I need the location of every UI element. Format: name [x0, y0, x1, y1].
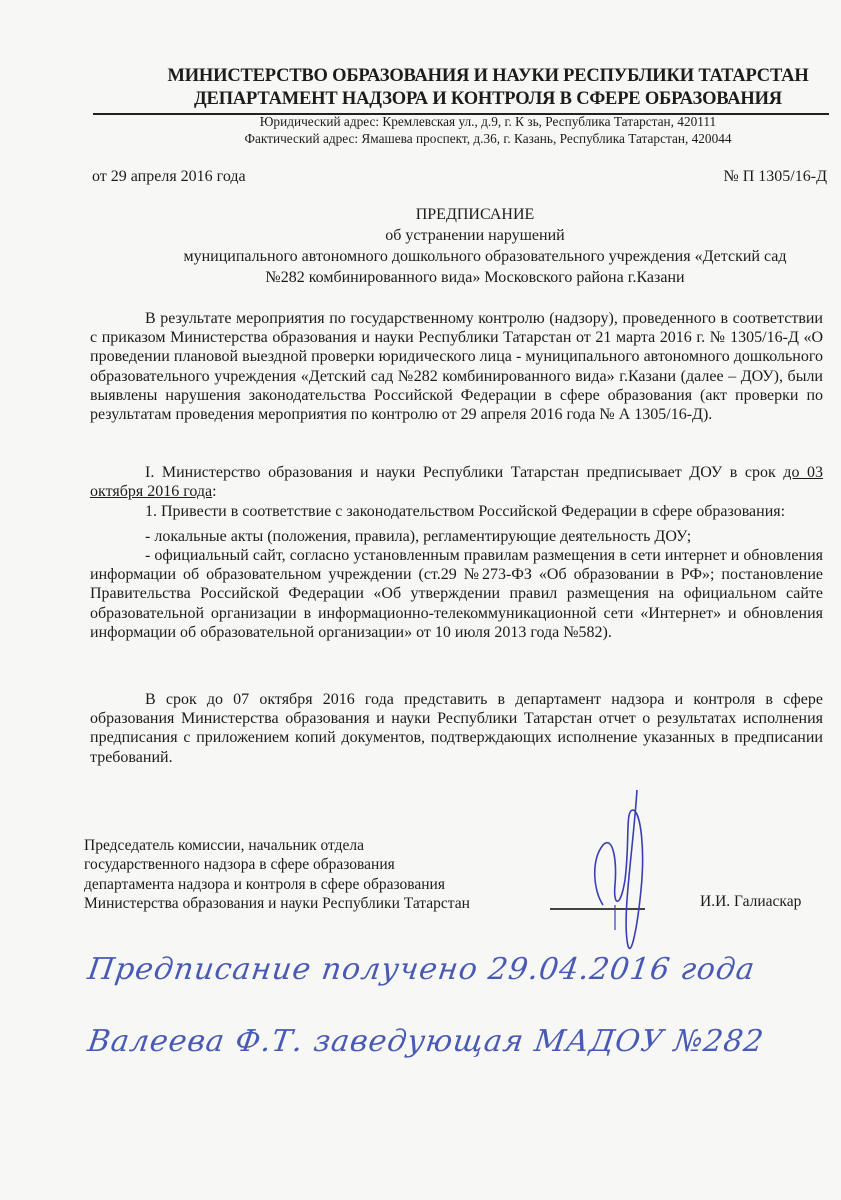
signer-name: И.И. Галиаскар	[700, 893, 801, 911]
ministry-heading: МИНИСТЕРСТВО ОБРАЗОВАНИЯ И НАУКИ РЕСПУБЛ…	[148, 66, 828, 87]
handwritten-receipt-note: Предписание получено 29.04.2016 года	[86, 952, 758, 987]
position-line: Председатель комиссии, начальник отдела	[84, 836, 470, 855]
position-line: департамента надзора и контроля в сфере …	[84, 875, 470, 894]
department-heading: ДЕПАРТАМЕНТ НАДЗОРА И КОНТРОЛЯ В СФЕРЕ О…	[148, 89, 828, 110]
document-page: МИНИСТЕРСТВО ОБРАЗОВАНИЯ И НАУКИ РЕСПУБЛ…	[0, 0, 841, 1200]
document-title: ПРЕДПИСАНИЕ	[120, 206, 830, 224]
document-number: № П 1305/16-Д	[723, 168, 827, 186]
paragraph-text: В срок до 07 октября 2016 года представи…	[90, 691, 823, 766]
document-date: от 29 апреля 2016 года	[92, 168, 246, 186]
paragraph-text: I. Министерство образования и науки Респ…	[145, 464, 783, 481]
signatory-position: Председатель комиссии, начальник отдела …	[84, 836, 470, 913]
paragraph-local-acts: - локальные акты (положения, правила), р…	[90, 527, 823, 546]
legal-address: Юридический адрес: Кремлевская ул., д.9,…	[148, 114, 828, 130]
title-subline-1: об устранении нарушений	[120, 227, 830, 245]
paragraph-text: - локальные акты (положения, правила), р…	[145, 528, 691, 545]
paragraph-text: 1. Привести в соответствие с законодател…	[145, 503, 785, 520]
paragraph-text: - официальный сайт, согласно установленн…	[90, 547, 823, 641]
paragraph-item-1: 1. Привести в соответствие с законодател…	[90, 502, 823, 521]
position-line: Министерства образования и науки Республ…	[84, 894, 470, 913]
paragraph-end: :	[212, 483, 216, 500]
paragraph-text: В результате мероприятия по государствен…	[90, 310, 823, 423]
handwritten-recipient-signature: Валеева Ф.Т. заведующая МАДОУ №282	[86, 1024, 767, 1059]
title-subline-2: муниципального автономного дошкольного о…	[140, 248, 830, 266]
actual-address: Фактический адрес: Ямашева проспект, д.3…	[148, 131, 828, 147]
paragraph-order: I. Министерство образования и науки Респ…	[90, 463, 823, 501]
position-line: государственного надзора в сфере образов…	[84, 855, 470, 874]
signature-scribble-icon	[575, 790, 655, 965]
paragraph-findings: В результате мероприятия по государствен…	[90, 309, 823, 424]
paragraph-report-deadline: В срок до 07 октября 2016 года представи…	[90, 690, 823, 767]
paragraph-website: - официальный сайт, согласно установленн…	[90, 546, 823, 642]
title-subline-3: №282 комбинированного вида» Московского …	[120, 269, 830, 287]
